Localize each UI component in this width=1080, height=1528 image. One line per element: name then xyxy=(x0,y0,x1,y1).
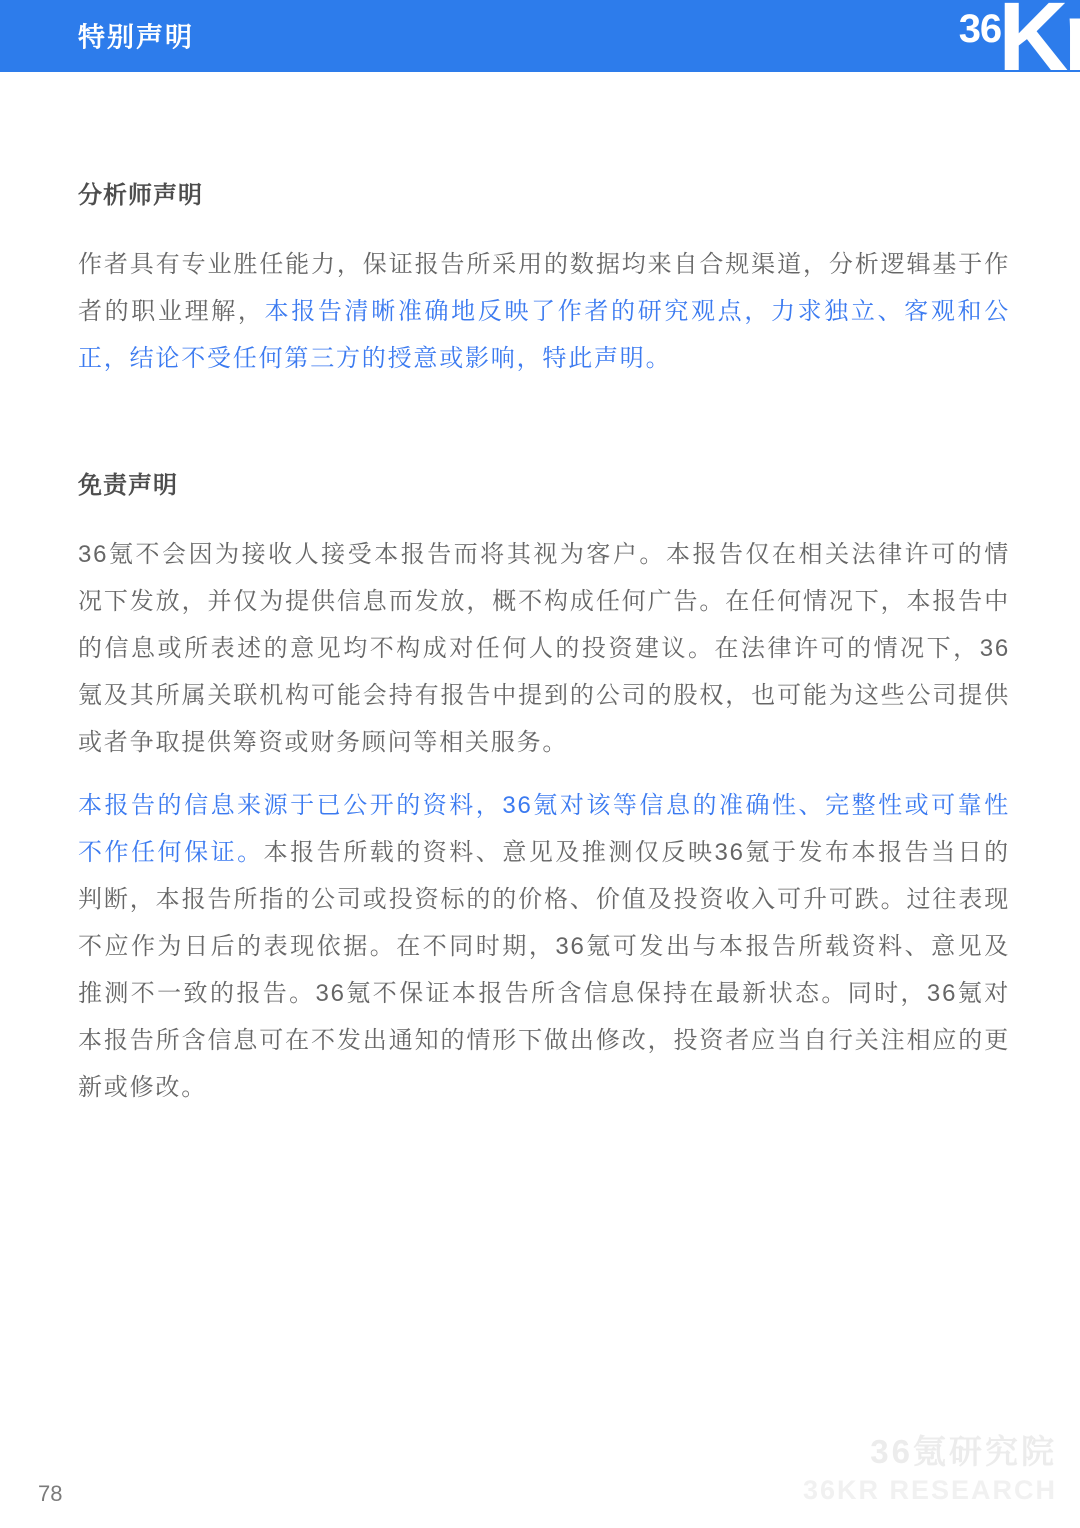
report-page: 特别声明 36 Kr 分析师声明 作者具有专业胜任能力，保证报告所采用的数据均来… xyxy=(0,0,1080,1528)
disclaimer-heading: 免责声明 xyxy=(78,474,1010,498)
analyst-statement-heading: 分析师声明 xyxy=(78,184,1010,208)
logo-36-text: 36 xyxy=(959,9,1002,49)
watermark-english: 36KR RESEARCH xyxy=(803,1477,1057,1504)
content-area: 分析师声明 作者具有专业胜任能力，保证报告所采用的数据均来自合规渠道，分析逻辑基… xyxy=(0,72,1080,1111)
page-number: 78 xyxy=(38,1481,62,1507)
analyst-statement-paragraph: 作者具有专业胜任能力，保证报告所采用的数据均来自合规渠道，分析逻辑基于作者的职业… xyxy=(78,241,1010,382)
watermark-chinese: 36氪研究院 xyxy=(803,1435,1057,1468)
brand-watermark: 36氪研究院 36KR RESEARCH xyxy=(803,1435,1057,1504)
analyst-statement-section: 分析师声明 作者具有专业胜任能力，保证报告所采用的数据均来自合规渠道，分析逻辑基… xyxy=(78,184,1010,382)
logo-kr-text: Kr xyxy=(998,2,1080,72)
disclaimer-paragraph-1: 36氪不会因为接收人接受本报告而将其视为客户。本报告仅在相关法律许可的情况下发放… xyxy=(78,531,1010,766)
disclaimer-paragraph-2: 本报告的信息来源于已公开的资料，36氪对该等信息的准确性、完整性或可靠性不作任何… xyxy=(78,782,1010,1111)
header-bar: 特别声明 36 Kr xyxy=(0,0,1080,72)
36kr-logo: 36 Kr xyxy=(959,2,1080,72)
paragraph-segment-gray: 36氪不会因为接收人接受本报告而将其视为客户。本报告仅在相关法律许可的情况下发放… xyxy=(78,541,1010,756)
paragraph-segment-gray: 本报告所载的资料、意见及推测仅反映36氪于发布本报告当日的判断，本报告所指的公司… xyxy=(78,839,1010,1101)
page-title: 特别声明 xyxy=(78,16,194,55)
disclaimer-section: 免责声明 36氪不会因为接收人接受本报告而将其视为客户。本报告仅在相关法律许可的… xyxy=(78,474,1010,1111)
